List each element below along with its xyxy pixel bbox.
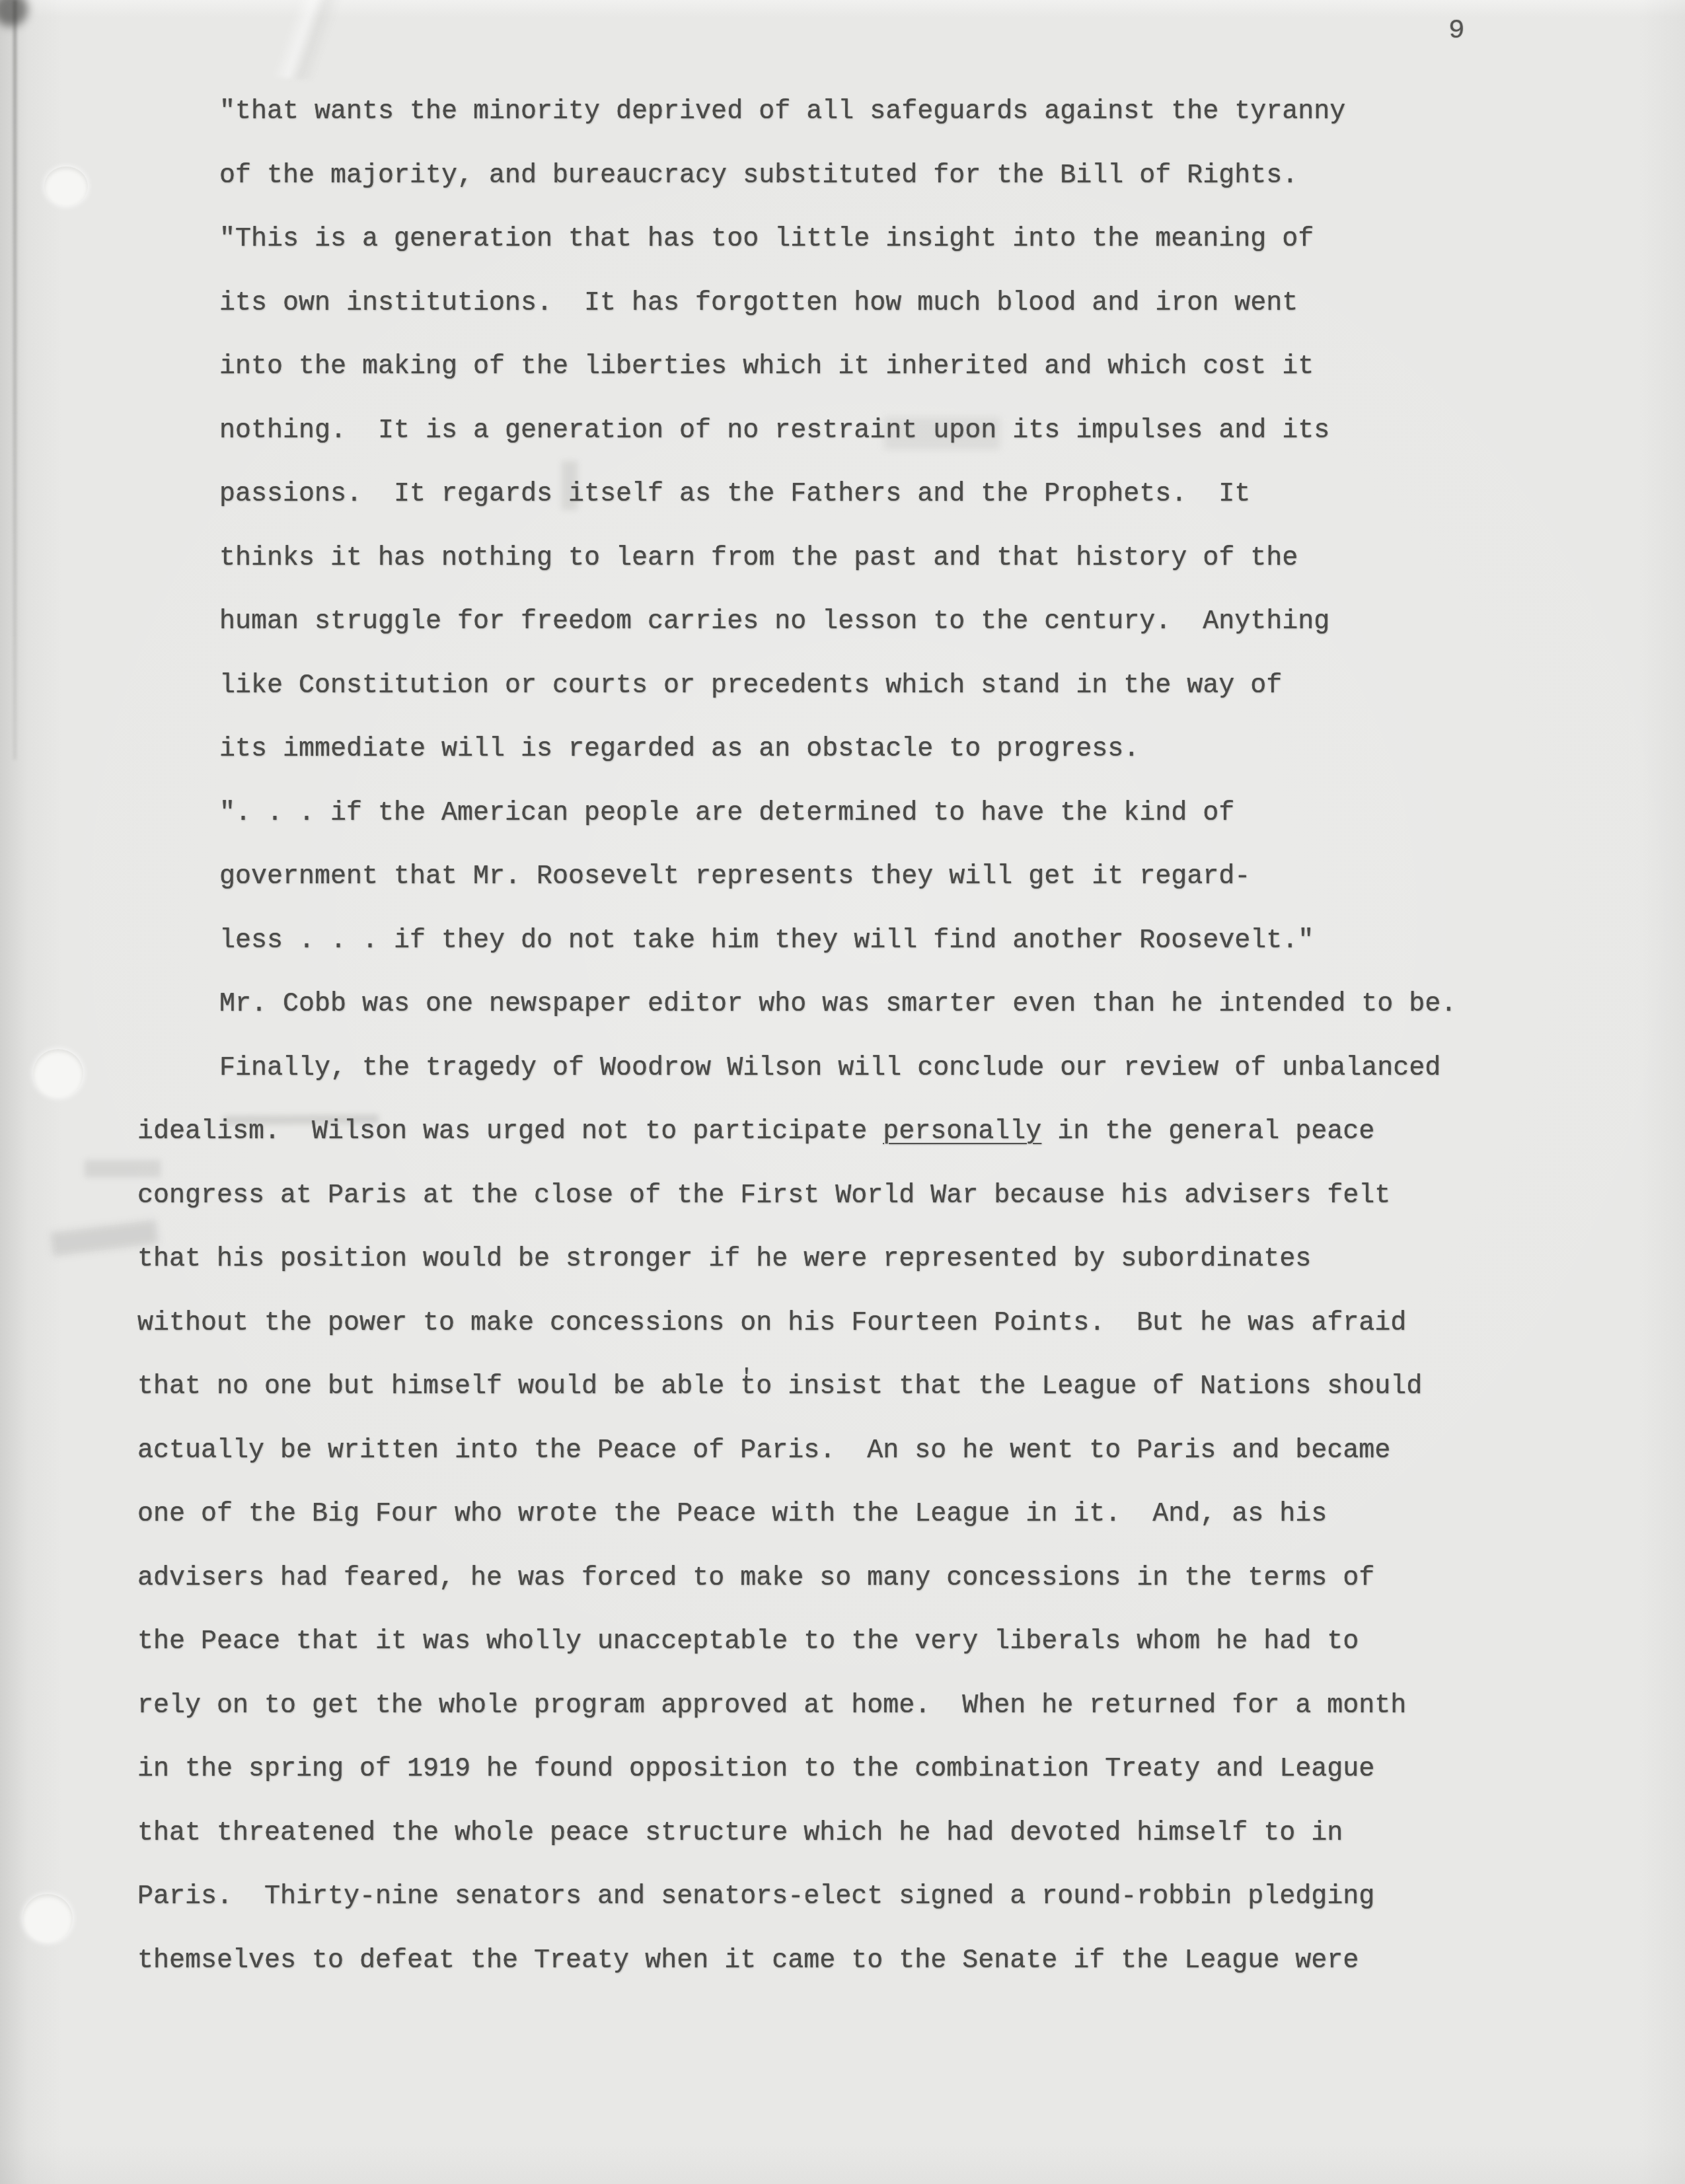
text-segment: one of the Big Four who wrote the Peace … xyxy=(137,1500,1327,1529)
text-line: of the majority, and bureaucracy substit… xyxy=(137,145,1611,209)
text-line: congress at Paris at the close of the Fi… xyxy=(137,1165,1611,1229)
text-segment: rely on to get the whole program approve… xyxy=(137,1691,1406,1721)
text-segment: of the majority, and bureaucracy substit… xyxy=(219,161,1298,191)
text-segment: "that wants the minority deprived of all… xyxy=(219,97,1345,127)
text-segment: Paris. Thirty-nine senators and senators… xyxy=(137,1882,1374,1912)
text-line: ". . . if the American people are determ… xyxy=(137,782,1611,846)
text-segment: thinks it has nothing to learn from the … xyxy=(219,544,1298,573)
underlined-text: personally xyxy=(883,1117,1041,1147)
text-line: actually be written into the Peace of Pa… xyxy=(137,1420,1611,1484)
text-line: that his position would be stronger if h… xyxy=(137,1228,1611,1292)
text-segment: into the making of the liberties which i… xyxy=(219,352,1314,382)
hole-punch xyxy=(44,166,88,206)
text-line: that threatened the whole peace structur… xyxy=(137,1802,1611,1866)
text-line: its own institutions. It has forgotten h… xyxy=(137,272,1611,336)
text-line: "This is a generation that has too littl… xyxy=(137,208,1611,272)
text-line: government that Mr. Roosevelt represents… xyxy=(137,846,1611,910)
text-segment: Finally, the tragedy of Woodrow Wilson w… xyxy=(219,1054,1441,1083)
text-segment: passions. It regards itself as the Fathe… xyxy=(219,480,1250,509)
text-line: its immediate will is regarded as an obs… xyxy=(137,718,1611,782)
text-segment: to insist that the League of Nations sho… xyxy=(740,1372,1422,1402)
text-segment: nothing. It is a generation of no restra… xyxy=(219,416,1329,446)
text-segment: advisers had feared, he was forced to ma… xyxy=(137,1564,1374,1593)
page-number: 9 xyxy=(1448,16,1465,46)
text-line: Finally, the tragedy of Woodrow Wilson w… xyxy=(137,1037,1611,1101)
text-segment: Mr. Cobb was one newspaper editor who wa… xyxy=(219,990,1456,1019)
text-segment: like Constitution or courts or precedent… xyxy=(219,671,1282,701)
text-segment: without the power to make concessions on… xyxy=(137,1309,1406,1338)
text-line: nothing. It is a generation of no restra… xyxy=(137,400,1611,464)
text-segment: in the general peace xyxy=(1041,1117,1374,1147)
scan-edge-shadow xyxy=(13,0,17,760)
text-segment: human struggle for freedom carries no le… xyxy=(219,607,1329,637)
text-line: that no one but himself would be able 't… xyxy=(137,1356,1611,1420)
text-line: without the power to make concessions on… xyxy=(137,1292,1611,1356)
text-line: Mr. Cobb was one newspaper editor who wa… xyxy=(137,973,1611,1037)
text-segment: congress at Paris at the close of the Fi… xyxy=(137,1181,1390,1211)
text-segment: government that Mr. Roosevelt represents… xyxy=(219,862,1250,892)
text-line: less . . . if they do not take him they … xyxy=(137,910,1611,974)
text-line: themselves to defeat the Treaty when it … xyxy=(137,1930,1611,1994)
text-line: passions. It regards itself as the Fathe… xyxy=(137,463,1611,527)
text-segment: that threatened the whole peace structur… xyxy=(137,1819,1343,1848)
text-segment: that no one but himself would be able xyxy=(137,1372,740,1402)
text-line: "that wants the minority deprived of all… xyxy=(137,81,1611,145)
typewritten-text: "that wants the minority deprived of all… xyxy=(137,81,1611,1993)
text-line: human struggle for freedom carries no le… xyxy=(137,591,1611,655)
text-line: the Peace that it was wholly unacceptabl… xyxy=(137,1611,1611,1675)
text-segment: the Peace that it was wholly unacceptabl… xyxy=(137,1627,1359,1657)
hole-punch xyxy=(33,1049,83,1098)
corner-mark xyxy=(0,0,28,26)
text-segment: idealism. Wilson was urged not to partic… xyxy=(137,1117,883,1147)
text-line: one of the Big Four who wrote the Peace … xyxy=(137,1483,1611,1547)
text-segment: actually be written into the Peace of Pa… xyxy=(137,1436,1390,1466)
text-segment: its immediate will is regarded as an obs… xyxy=(219,735,1139,764)
text-segment: its own institutions. It has forgotten h… xyxy=(219,289,1298,318)
text-line: thinks it has nothing to learn from the … xyxy=(137,527,1611,591)
text-segment: in the spring of 1919 he found oppositio… xyxy=(137,1755,1374,1784)
text-segment: themselves to defeat the Treaty when it … xyxy=(137,1946,1359,1976)
text-line: advisers had feared, he was forced to ma… xyxy=(137,1547,1611,1611)
text-segment: ". . . if the American people are determ… xyxy=(219,799,1234,828)
text-line: into the making of the liberties which i… xyxy=(137,336,1611,400)
scanned-document-page: 9 "that wants the minority deprived of a… xyxy=(0,0,1685,2184)
text-line: rely on to get the whole program approve… xyxy=(137,1675,1611,1739)
text-line: idealism. Wilson was urged not to partic… xyxy=(137,1101,1611,1165)
text-segment: "This is a generation that has too littl… xyxy=(219,225,1314,254)
text-line: like Constitution or courts or precedent… xyxy=(137,655,1611,719)
hole-punch xyxy=(22,1894,73,1943)
text-segment: less . . . if they do not take him they … xyxy=(219,926,1314,956)
text-line: Paris. Thirty-nine senators and senators… xyxy=(137,1866,1611,1930)
text-line: in the spring of 1919 he found oppositio… xyxy=(137,1738,1611,1802)
text-segment: that his position would be stronger if h… xyxy=(137,1245,1311,1274)
